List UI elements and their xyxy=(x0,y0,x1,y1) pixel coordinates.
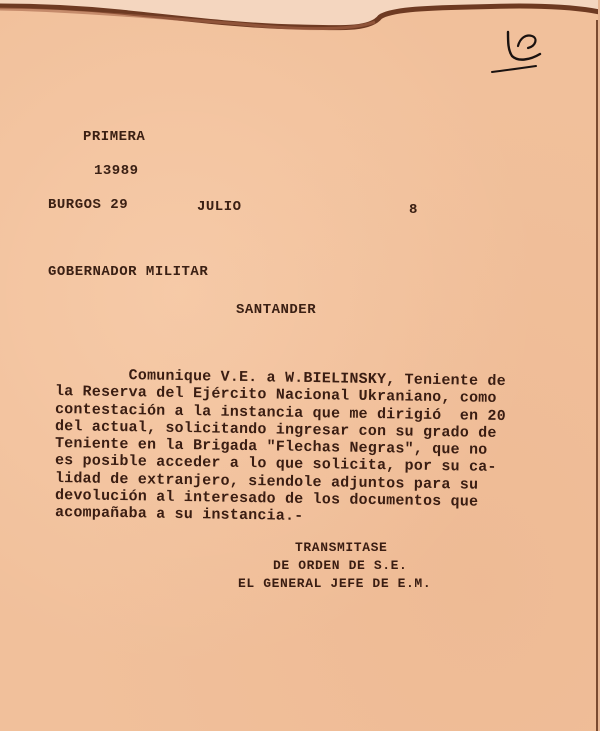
page-edge-shadow xyxy=(596,20,598,731)
handwritten-mark xyxy=(488,24,552,78)
section-label: PRIMERA xyxy=(83,130,145,144)
document-page: PRIMERA 13989 BURGOS 29 JULIO 8 GOBERNAD… xyxy=(0,0,600,731)
letter-body: Comunique V.E. a W.BIELINSKY, Teniente d… xyxy=(55,366,585,522)
document-number: 13989 xyxy=(94,164,139,178)
month: JULIO xyxy=(197,200,242,214)
city-date: BURGOS 29 xyxy=(48,198,128,212)
recipient-title: GOBERNADOR MILITAR xyxy=(48,265,208,279)
recipient-place: SANTANDER xyxy=(236,303,316,317)
signature-line-1: TRANSMITASE xyxy=(295,541,387,554)
signature-line-3: EL GENERAL JEFE DE E.M. xyxy=(238,577,431,590)
signature-line-2: DE ORDEN DE S.E. xyxy=(273,559,407,572)
year-digit: 8 xyxy=(409,203,418,217)
